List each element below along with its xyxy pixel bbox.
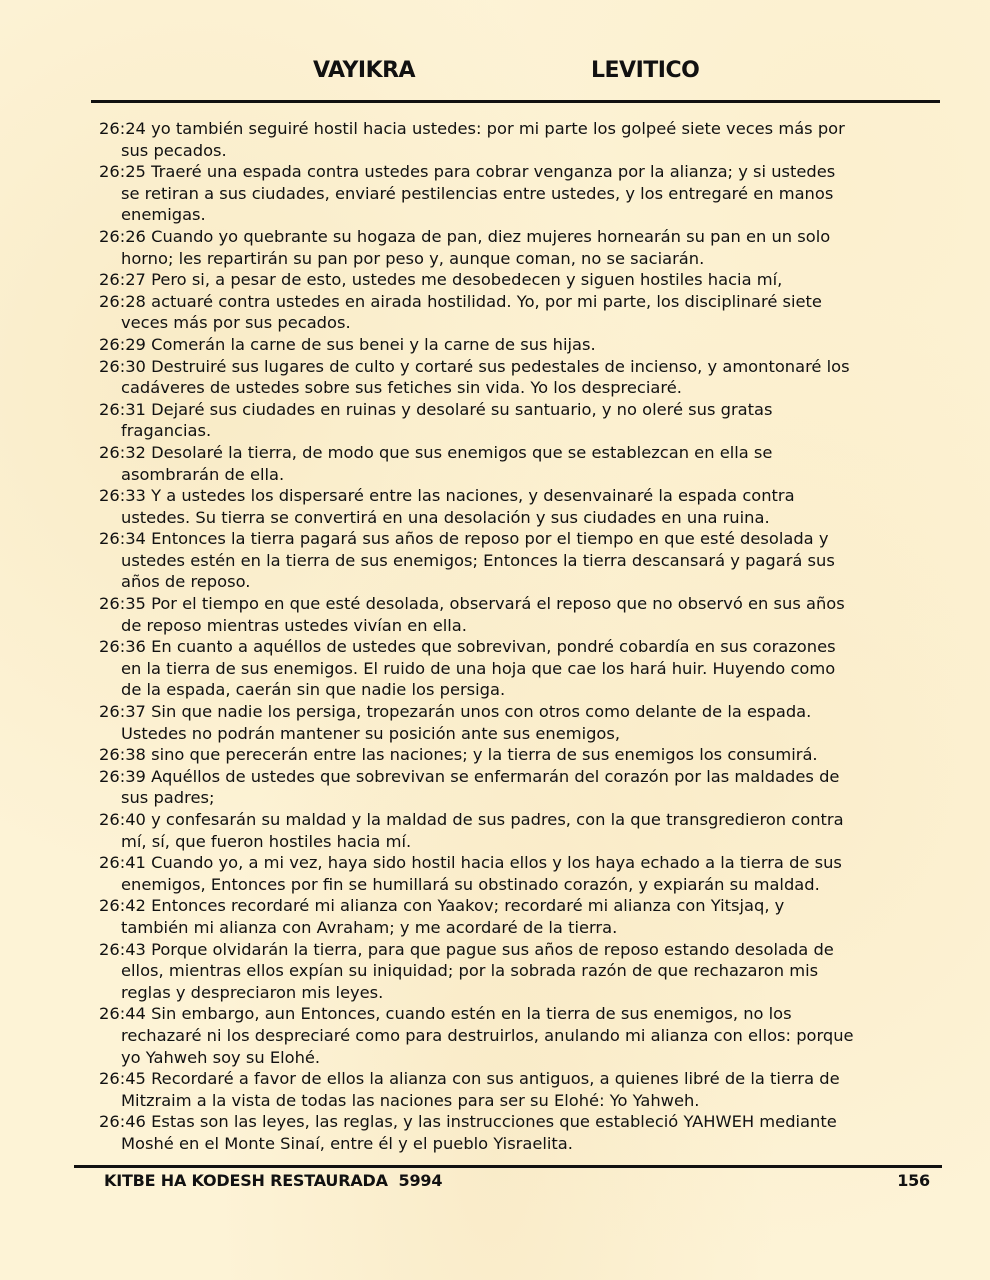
verse-line-first: 26:35 Por el tiempo en que esté desolada… [99, 593, 931, 615]
verse-line-continuation: mí, sí, que fueron hostiles hacia mí. [99, 831, 931, 853]
verse-line-continuation: sus padres; [99, 787, 931, 809]
verse-line-continuation: ustedes. Su tierra se convertirá en una … [99, 507, 931, 529]
verse-list: 26:24 yo también seguiré hostil hacia us… [99, 118, 931, 1155]
verse-line-first: 26:33 Y a ustedes los dispersaré entre l… [99, 485, 931, 507]
verse: 26:31 Dejaré sus ciudades en ruinas y de… [99, 399, 931, 442]
verse-line-first: 26:39 Aquéllos de ustedes que sobrevivan… [99, 766, 931, 788]
verse: 26:42 Entonces recordaré mi alianza con … [99, 895, 931, 938]
verse-line-continuation: asombrarán de ella. [99, 464, 931, 486]
verse-line-continuation: rechazaré ni los despreciaré como para d… [99, 1025, 931, 1047]
verse: 26:36 En cuanto a aquéllos de ustedes qu… [99, 636, 931, 701]
verse-line-first: 26:43 Porque olvidarán la tierra, para q… [99, 939, 931, 961]
verse-line-first: 26:31 Dejaré sus ciudades en ruinas y de… [99, 399, 931, 421]
verse: 26:39 Aquéllos de ustedes que sobrevivan… [99, 766, 931, 809]
verse-line-continuation: reglas y despreciaron mis leyes. [99, 982, 931, 1004]
verse-line-first: 26:38 sino que perecerán entre las nacio… [99, 744, 931, 766]
footer-divider [74, 1165, 942, 1168]
verse-line-first: 26:40 y confesarán su maldad y la maldad… [99, 809, 931, 831]
verse-line-continuation: de la espada, caerán sin que nadie los p… [99, 679, 931, 701]
verse-line-first: 26:32 Desolaré la tierra, de modo que su… [99, 442, 931, 464]
verse-line-continuation: ustedes estén en la tierra de sus enemig… [99, 550, 931, 572]
verse-line-first: 26:42 Entonces recordaré mi alianza con … [99, 895, 931, 917]
verse-line-first: 26:41 Cuando yo, a mi vez, haya sido hos… [99, 852, 931, 874]
book-title-spanish: LEVITICO [591, 58, 699, 83]
verse-line-continuation: en la tierra de sus enemigos. El ruido d… [99, 658, 931, 680]
verse: 26:27 Pero si, a pesar de esto, ustedes … [99, 269, 931, 291]
verse: 26:35 Por el tiempo en que esté desolada… [99, 593, 931, 636]
verse-line-first: 26:24 yo también seguiré hostil hacia us… [99, 118, 931, 140]
verse-line-continuation: enemigos, Entonces por fin se humillará … [99, 874, 931, 896]
verse-line-first: 26:30 Destruiré sus lugares de culto y c… [99, 356, 931, 378]
verse-line-continuation: veces más por sus pecados. [99, 312, 931, 334]
verse-line-first: 26:29 Comerán la carne de sus benei y la… [99, 334, 931, 356]
verse-line-continuation: ellos, mientras ellos expían su iniquida… [99, 960, 931, 982]
verse: 26:41 Cuando yo, a mi vez, haya sido hos… [99, 852, 931, 895]
verse: 26:32 Desolaré la tierra, de modo que su… [99, 442, 931, 485]
verse: 26:25 Traeré una espada contra ustedes p… [99, 161, 931, 226]
verse-line-first: 26:45 Recordaré a favor de ellos la alia… [99, 1068, 931, 1090]
verse: 26:34 Entonces la tierra pagará sus años… [99, 528, 931, 593]
verse: 26:44 Sin embargo, aun Entonces, cuando … [99, 1003, 931, 1068]
verse: 26:24 yo también seguiré hostil hacia us… [99, 118, 931, 161]
verse-line-first: 26:25 Traeré una espada contra ustedes p… [99, 161, 931, 183]
verse: 26:29 Comerán la carne de sus benei y la… [99, 334, 931, 356]
verse-line-continuation: enemigas. [99, 204, 931, 226]
verse: 26:30 Destruiré sus lugares de culto y c… [99, 356, 931, 399]
verse: 26:45 Recordaré a favor de ellos la alia… [99, 1068, 931, 1111]
verse-line-first: 26:28 actuaré contra ustedes en airada h… [99, 291, 931, 313]
verse: 26:43 Porque olvidarán la tierra, para q… [99, 939, 931, 1004]
verse-line-continuation: Ustedes no podrán mantener su posición a… [99, 723, 931, 745]
verse-line-first: 26:44 Sin embargo, aun Entonces, cuando … [99, 1003, 931, 1025]
verse: 26:46 Estas son las leyes, las reglas, y… [99, 1111, 931, 1154]
verse-line-first: 26:37 Sin que nadie los persiga, tropeza… [99, 701, 931, 723]
page-number: 156 [897, 1171, 930, 1190]
verse: 26:37 Sin que nadie los persiga, tropeza… [99, 701, 931, 744]
verse-line-continuation: fragancias. [99, 420, 931, 442]
verse: 26:38 sino que perecerán entre las nacio… [99, 744, 931, 766]
verse-line-continuation: Moshé en el Monte Sinaí, entre él y el p… [99, 1133, 931, 1155]
footer-book-title: KITBE HA KODESH RESTAURADA 5994 [104, 1171, 442, 1190]
verse-line-continuation: se retiran a sus ciudades, enviaré pesti… [99, 183, 931, 205]
verse-line-continuation: horno; les repartirán su pan por peso y,… [99, 248, 931, 270]
verse: 26:40 y confesarán su maldad y la maldad… [99, 809, 931, 852]
verse-line-first: 26:26 Cuando yo quebrante su hogaza de p… [99, 226, 931, 248]
header-divider [91, 100, 940, 103]
verse-line-continuation: de reposo mientras ustedes vivían en ell… [99, 615, 931, 637]
verse-line-continuation: sus pecados. [99, 140, 931, 162]
verse-line-first: 26:27 Pero si, a pesar de esto, ustedes … [99, 269, 931, 291]
verse-line-first: 26:34 Entonces la tierra pagará sus años… [99, 528, 931, 550]
verse: 26:33 Y a ustedes los dispersaré entre l… [99, 485, 931, 528]
verse: 26:28 actuaré contra ustedes en airada h… [99, 291, 931, 334]
verse-line-continuation: cadáveres de ustedes sobre sus fetiches … [99, 377, 931, 399]
book-title-hebrew: VAYIKRA [313, 58, 415, 83]
verse-line-continuation: años de reposo. [99, 571, 931, 593]
verse-line-continuation: también mi alianza con Avraham; y me aco… [99, 917, 931, 939]
verse-line-first: 26:36 En cuanto a aquéllos de ustedes qu… [99, 636, 931, 658]
verse-line-continuation: Mitzraim a la vista de todas las nacione… [99, 1090, 931, 1112]
verse-line-continuation: yo Yahweh soy su Elohé. [99, 1047, 931, 1069]
verse: 26:26 Cuando yo quebrante su hogaza de p… [99, 226, 931, 269]
verse-line-first: 26:46 Estas son las leyes, las reglas, y… [99, 1111, 931, 1133]
